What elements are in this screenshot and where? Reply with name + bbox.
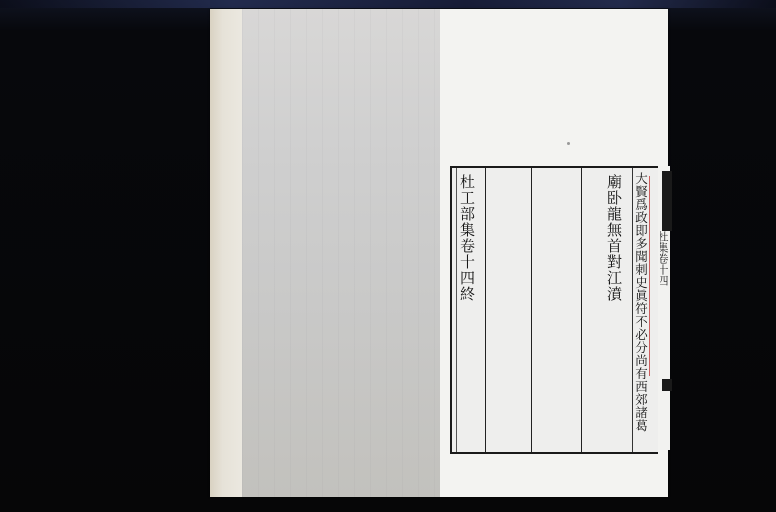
text-column-1: 大賢爲政即多聞刺史眞符不必分尚有西郊諸葛	[634, 172, 647, 432]
red-annotation-rule	[649, 176, 650, 376]
frame-inner-border	[456, 168, 457, 452]
fold-margin-title: 杜集卷十四	[660, 231, 670, 286]
left-leaf-bleed-through	[242, 9, 440, 497]
fold-fishtail-top	[662, 171, 672, 231]
column-rule	[485, 168, 486, 452]
text-column-2: 廟卧龍無首對江濆	[606, 174, 621, 302]
colophon-text: 杜工部集卷十四終	[459, 174, 474, 302]
book-spread: 杜工部集卷十四終 廟卧龍無首對江濆 大賢爲政即多聞刺史眞符不必分尚有西郊諸葛 杜…	[210, 9, 668, 497]
fold-fishtail-bottom	[662, 379, 672, 391]
column-rule	[531, 168, 532, 452]
background-top-glow	[0, 0, 776, 8]
left-leaf-edge	[210, 9, 242, 497]
column-rule	[581, 168, 582, 452]
paper-speck	[567, 142, 570, 145]
printed-frame: 杜工部集卷十四終 廟卧龍無首對江濆 大賢爲政即多聞刺史眞符不必分尚有西郊諸葛	[450, 166, 658, 454]
left-leaf	[210, 9, 440, 497]
column-rule	[632, 168, 633, 452]
